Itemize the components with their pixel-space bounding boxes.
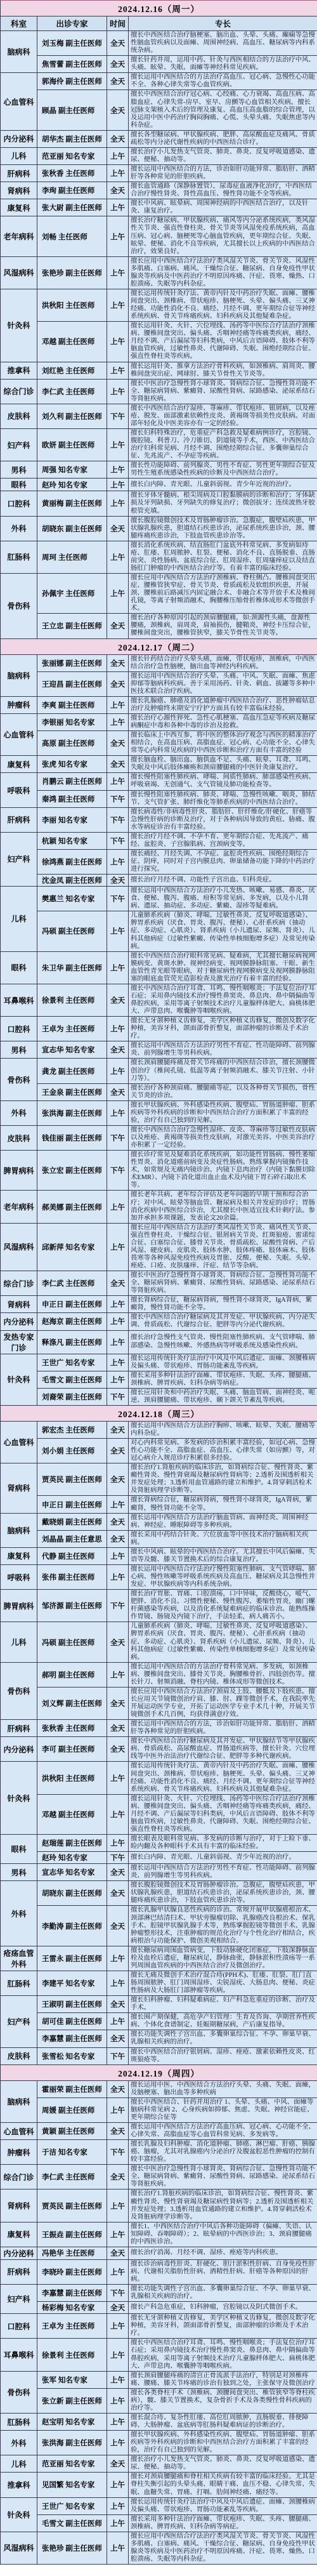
specialty-cell: 擅长消化系统疾病、结直肠肛门盆底外科常见病、多发病如痔疮、肛瘘、肛周脓肿、肛裂、… xyxy=(129,541,317,573)
doctor-cell: 张立宏 副主任医师 xyxy=(37,1151,107,1191)
column-header: 出诊专家 xyxy=(37,17,107,31)
dept-cell: 呼吸科 xyxy=(1,1564,37,1589)
table-row: 老年病科刘畅 主任医师上午擅长治疗糖尿病、甲状腺疾病、痛风等内分泌系统疾病，类风… xyxy=(1,216,317,256)
table-row: 申正日 副主任医师上午擅长肾病综合征，糖尿病肾病，慢性肾小球肾炎，IgA肾病，紫… xyxy=(1,1496,317,1513)
time-cell: 下午 xyxy=(107,2047,129,2064)
table-row: 李嘉慧 副主任医师全天擅长功能失调性子宫出血、多囊卵巢综合征、不孕、卵巢早衰、乳… xyxy=(1,2030,317,2047)
time-cell: 全天 xyxy=(107,182,129,199)
time-cell: 全天 xyxy=(107,2030,129,2047)
time-cell: 上午 xyxy=(107,1794,129,1834)
table-row: 眼科赵瑞莲 副主任医师上午擅长眼表及眼科常见病、多发病的诊断与治疗，对于上睑下垂… xyxy=(1,1835,317,1852)
dept-cell: 脑病科 xyxy=(1,31,37,73)
doctor-cell: 朱卫华 副主任医师 xyxy=(37,951,107,984)
doctor-cell: 王世广 知名专家 xyxy=(37,1354,107,1371)
doctor-cell: 郭宏杰 主任医师 xyxy=(37,1421,107,1438)
time-cell: 全天 xyxy=(107,1720,129,1737)
specialty-cell: 擅长运用传统针灸疗法、黄帝内针及中药治疗失眠、面瘫、腰椎间盘突出、颈椎病、带状疱… xyxy=(129,1762,317,1794)
dept-cell: 眼科 xyxy=(1,479,37,491)
table-row: 眼科赵玲 知名专家上午擅长白内障、青光眼、儿童斜弱视、青少年近视的治疗。 xyxy=(1,479,317,491)
table-row: 脑病科戴晓娟 副主任医师全天擅长运用中西医结合方法治疗脑血管病、面神经炎、周围神… xyxy=(1,1513,317,1530)
time-cell: 下午 xyxy=(107,790,129,807)
dept-cell: 妇产科 xyxy=(1,1996,37,2047)
column-header: 专长 xyxy=(129,17,317,31)
specialty-cell: 擅长老年共病、老年综合评估及老年问题的早期干预和综合治疗；对中风、眩晕等脑血管、… xyxy=(129,1191,317,1223)
specialty-cell: 擅长慢性阻塞性肺疾病、哮喘、间质性肺病、肺部感染性疾病、呼吸衰竭、无创通气、支气… xyxy=(129,773,317,790)
dept-cell: 发热专家门诊 xyxy=(1,1330,37,1354)
dept-cell: 肝病科 xyxy=(1,2259,37,2284)
table-row: 内分泌科冯艳华 主任医师全天擅长治疗消渴、月经不调、湿疹、痤疮等内科疾患。 xyxy=(1,2247,317,2259)
dept-cell: 老年病科 xyxy=(1,1191,37,1223)
doctor-cell: 邓越 副主任医师 xyxy=(37,1794,107,1834)
table-row: 发热专家门诊释涤凡 副主任医师上午擅长治疗急慢性支气管炎、慢性阻塞性肺疾病、支气… xyxy=(1,1330,317,1354)
time-cell: 上午 xyxy=(107,362,129,379)
table-row: 顾晶 副主任医师全天擅长中西医结合治疗冠心病、心绞痛、心力衰竭、高血压病、高脂血… xyxy=(1,90,317,130)
time-cell: 上午 xyxy=(107,1835,129,1852)
specialty-cell: 儿童肺系疾病（肺炎、哮喘、过敏性鼻炎、反复呼吸道感染）、脾胃系疾病（厌食、胃炎、… xyxy=(129,1622,317,1662)
dept-cell: 肝病科 xyxy=(1,1720,37,1737)
table-row: 康复科王振垚 副主任医师上午擅长1、中西医结合治疗中风后各种功能障碍（偏瘫、失语… xyxy=(1,2222,317,2247)
dept-cell: 心血管科 xyxy=(1,713,37,755)
table-row: 风湿病科张艳珍 副主任医师上午擅长应用中西医结合疗法治疗类风湿关节炎、骨关节炎、… xyxy=(1,256,317,289)
table-row: 皮肤科刘久利 副主任医师下午擅长中西医结合治疗湿疹、荨麻疹、带状疱疹、银屑病，以… xyxy=(1,404,317,428)
table-row: 骨伤科张军 知名专家上午擅长颈肩腰腿疼痛的清宫正骨流派手法治疗，特别是对颈椎疼痛… xyxy=(1,2371,317,2388)
specialty-cell: 擅长运用中医、中西医结合方法治疗头晕、头痛、失眠、面瘫，及脑梗塞、脑出血等多种疾… xyxy=(129,2080,317,2097)
time-cell: 全天 xyxy=(107,56,129,73)
doctor-cell: 王世广 知名专家 xyxy=(37,2497,107,2514)
time-cell: 上午 xyxy=(107,1330,129,1354)
table-row: 内分泌科赵海京 副主任医师上午擅长中西医结合治疗糖尿病及其并发症、甲状腺疾病、内… xyxy=(1,1313,317,1330)
table-row: 高原 副主任医师全天擅长临床上中西互参，将中医的整体治疗观念与西医的精准治疗相结… xyxy=(1,731,317,756)
time-cell: 全天 xyxy=(107,1041,129,1059)
time-cell: 全天 xyxy=(107,2302,129,2314)
time-cell: 上午 xyxy=(107,1296,129,1313)
doctor-cell: 洪秋阳 主任医师 xyxy=(37,1762,107,1794)
dept-cell: 呼吸科 xyxy=(1,773,37,807)
dept-cell: 脑病科 xyxy=(1,1513,37,1547)
table-row: 毛雪文 副主任医师上午擅长采用多种针法治疗面瘫、带状疱疹、失眠、头疼、腰腿痛、颈… xyxy=(1,2514,317,2532)
doctor-cell: 周珂 主任医师 xyxy=(37,541,107,573)
table-row: 骨伤科龚龙 副主任医师上午擅长颈肩腰腿疼痛及骨关节疼痛的中西医结合诊治，擅长颈腰… xyxy=(1,1059,317,1083)
table-row: 皮肤科钱佳丽 副主任医师下午擅长中西医结合治疗急慢性湿疹、皮炎、荨麻疹等过敏性皮… xyxy=(1,1125,317,1150)
specialty-cell: 擅长运用中西医结合方法治疗男性不育症、性功能障碍、前列腺炎、前列腺增生等男科疾病… xyxy=(129,1041,317,1059)
doctor-cell: 李可 副主任医师 xyxy=(37,1737,107,1762)
table-row: 妇产科王淑明 副主任医师全天擅长妇科肿瘤、妇科疑难病症、妇产科急危重症的诊断、治… xyxy=(1,1996,317,2013)
specialty-cell: 擅长运用针灸、推拿方法治疗骨科疾病，如颈椎病、肩周炎、腰椎间盘突出症、网球肘、膝… xyxy=(129,362,317,379)
time-cell: 上午 xyxy=(107,1971,129,1995)
specialty-cell: 擅长产科急危重症，妇科肿瘤，宫腔镜以及阴式微创手术。 xyxy=(129,2302,317,2314)
dept-cell: 综合门诊 xyxy=(1,379,37,404)
specialty-cell: 擅长诊治病毒性肝炎、肝硬化、胆汁淤积性肝病、自身免疫性肝病、代谢相关脂肪性肝病、… xyxy=(129,2259,317,2284)
table-row: 邓越 副主任医师上午擅长运用针灸、火针、穴位埋线、汤药等中医综合疗法治疗颈椎病、… xyxy=(1,322,317,362)
doctor-cell: 张大尉 副主任医师 xyxy=(37,199,107,216)
doctor-cell: 张立新 副主任医师 xyxy=(37,2388,107,2413)
dept-cell: 皮肤科 xyxy=(1,2047,37,2064)
dept-cell: 针灸科 xyxy=(1,1762,37,1835)
doctor-cell: 黄丽梅 副主任医师 xyxy=(37,491,107,516)
time-cell: 上午 xyxy=(107,429,129,461)
specialty-cell: 擅长诊疗常见及疑难消化系统疾病，如功能性胃肠病、慢性萎缩性胃炎、消化道癌前病变及… xyxy=(129,1151,317,1191)
specialty-cell: 擅长应用中西医结合疗法治疗类风湿关节炎、骨关节炎、风湿性多肌痛、白塞病、痛风、干… xyxy=(129,256,317,289)
table-row: 风湿病科邱新萍 知名专家上午擅长应用中西医结合方法治疗类风湿性关节炎、痛风性关节… xyxy=(1,1223,317,1271)
dept-cell: 综合门诊 xyxy=(1,1271,37,1296)
specialty-cell: 擅长颈肩腰腿疼痛及骨关节疼痛的中西医结合诊治，擅长颈腰微创治疗（椎间孔镜、低温等… xyxy=(129,1059,317,1083)
doctor-cell: 胡晓东 副主任医师 xyxy=(37,516,107,541)
time-cell: 上午 xyxy=(107,574,129,614)
doctor-cell: 刘晶晶 副主任意思 xyxy=(37,1530,107,1547)
doctor-cell: 霍丽荣 副主任医师 xyxy=(37,2080,107,2097)
dept-cell: 风湿病科 xyxy=(1,1223,37,1271)
table-row: 脾胃病科张立宏 副主任医师下午擅长诊疗常见及疑难消化系统疾病，如功能性胃肠病、慢… xyxy=(1,1151,317,1191)
specialty-cell: 擅长腹腔镜微创技术及胃肠肿瘤诊治。急腹症，腹壁疝疾患，甲状腺乳腺疾患，胆道结石疾… xyxy=(129,516,317,541)
dept-cell: 男科 xyxy=(1,1041,37,1059)
time-cell: 全天 xyxy=(107,654,129,671)
time-cell: 全天 xyxy=(107,756,129,773)
dept-cell: 内分泌科 xyxy=(1,130,37,147)
table-row: 儿科范亚丽 知名专家全天擅长治疗小儿发热支气管炎、肺炎、鼻炎、反复呼吸道感染、遗… xyxy=(1,2455,317,2473)
dept-cell: 内分泌科 xyxy=(1,2247,37,2259)
dept-cell: 外科 xyxy=(1,1881,37,1946)
doctor-cell: 宣志华 知名专家 xyxy=(37,1864,107,1881)
time-cell: 上午 xyxy=(107,1313,129,1330)
table-row: 针灸科洪秋阳 主任医师上午擅长运用传统针灸疗法、黄帝内针及中药治疗失眠、面瘫、腰… xyxy=(1,1762,317,1794)
table-row: 肛肠科周珂 主任医师上午擅长消化系统疾病、结直肠肛门盆底外科常见病、多发病如痔疮… xyxy=(1,541,317,573)
doctor-cell: 张伟 副主任医师 xyxy=(37,1564,107,1589)
dept-cell: 推拿科 xyxy=(1,2473,37,2497)
specialty-cell: 擅长针药结合治疗头晕头痛，面瘫，带状疱疹，颈椎病，中西医结合治疗急性脑梗，脑出血… xyxy=(129,654,317,671)
dept-cell: 肾病科 xyxy=(1,1296,37,1313)
time-cell: 上午 xyxy=(107,165,129,182)
doctor-cell: 范亚丽 知名专家 xyxy=(37,2455,107,2473)
specialty-cell: 擅长运用传统针灸疗法、黄帝内针及中药治疗失眠、面瘫、腰椎间盘突出、颈椎病、带状疱… xyxy=(129,289,317,321)
time-cell: 上午 xyxy=(107,379,129,404)
doctor-cell: 徐景利 主任医师 xyxy=(37,2339,107,2371)
specialty-cell: 擅长治疗月经不调、不孕不育、更年期综合症、先兆流产、痛经、盆腔炎、子宫腺肌病、宫… xyxy=(129,832,317,849)
specialty-cell: 擅长白内障、青光眼、儿童斜弱视、青少年近视的治疗。 xyxy=(129,1852,317,1864)
specialty-cell: 擅长中西医结合治疗耳聋、耳鸣、慢性咽喉炎；手法复位治疗耳石症；采用鼻内镜技术治疗… xyxy=(129,984,317,1016)
dept-cell: 内分泌科 xyxy=(1,1737,37,1762)
date-header-row: 2024.12.19（周四） xyxy=(1,2064,317,2080)
doctor-cell: 张秋香 主任医师 xyxy=(37,1720,107,1737)
doctor-cell: 刘裔荣 副主任医师 xyxy=(37,1388,107,1405)
specialty-cell: 擅长颈肩腰腿疼痛的清宫正骨流派手法治疗，特别是对颈椎疼痛、腰痛、膝关节疼痛的诊治… xyxy=(129,2371,317,2388)
specialty-cell: 擅长治疗各种原因引起的颈肩腰腿痛，如:颈源性头痛，盘源性腰痛，颈椎病，肩周炎，肩… xyxy=(129,614,317,638)
table-row: 风湿病科张艳珍 副主任医师上午擅长应用中西医结合疗法治疗类风湿关节炎、骨关节炎、… xyxy=(1,2532,317,2564)
doctor-cell: 赵宝明 知名专家 xyxy=(37,2413,107,2430)
doctor-cell: 焦雪蕾 副主任医师 xyxy=(37,56,107,73)
time-cell: 全天 xyxy=(107,1906,129,1946)
dept-cell: 疮疡血管外科 xyxy=(1,1946,37,1971)
specialty-cell: 擅长运用中西医结合的方法治疗骨科常见病、多发病，如颈椎病、腰椎间盘突出、膝骨关节… xyxy=(129,1662,317,1687)
time-cell: 全天 xyxy=(107,1530,129,1547)
time-cell: 全天 xyxy=(107,1881,129,1906)
dept-cell: 口腔科 xyxy=(1,2314,37,2339)
specialty-cell: 擅长无牙颌种植义齿修复，美学区种植义齿修复，微创及数字化种植，美容牙科，颌面部骨… xyxy=(129,2314,317,2339)
time-cell: 全天 xyxy=(107,1271,129,1296)
specialty-cell: 擅长性功能障碍、前列腺炎、男性不育症、男性更年期综合征及男性生殖系统感染性疾病的… xyxy=(129,461,317,479)
time-cell: 下午 xyxy=(107,887,129,911)
specialty-cell: 擅长痛经、月经失调、不孕症、盆腔炎性疾病、围绝经期综合征、阴痒，同时对子宫内膜息… xyxy=(129,849,317,874)
specialty-cell: 擅长白内障、青光眼、儿童斜弱视、青少年近视的治疗。 xyxy=(129,479,317,491)
table-row: 儿科冯硕 副主任医师全天儿童肺系疾病（肺炎、哮喘、过敏性鼻炎、反复呼吸道感染）、… xyxy=(1,1622,317,1662)
table-row: 脾胃病科邹济源 副主任医师下午擅长治疗胃胀、胃痛、口腔溃疡，口中异味，反酸烧心，… xyxy=(1,1590,317,1622)
time-cell: 上午 xyxy=(107,1762,129,1794)
doctor-cell: 王卓为 主任医师 xyxy=(37,2314,107,2339)
doctor-cell: 张洪海 副主任医师 xyxy=(37,1100,107,1125)
specialty-cell: 擅长糖尿病周围血管病变，下肢动脉硬化闭塞症，下肢深静脉血栓及血栓后遗症，糖尿病足… xyxy=(129,1946,317,1971)
time-cell: 全天 xyxy=(107,984,129,1016)
dept-cell: 外科 xyxy=(1,1100,37,1125)
dept-cell: 骨伤科 xyxy=(1,574,37,639)
table-row: 骨伤科孙佩宇 主任医师上午擅长应用中西医结合方法治疗颈椎病、脊柱侧凸、腰椎间盘突… xyxy=(1,574,317,614)
table-row: 外科张洪海 副主任医师上午擅长甲状腺疾病、外科感染性疾病、腹壁疝、胃肠道肿瘤、胆… xyxy=(1,2431,317,2455)
time-cell: 全天 xyxy=(107,1463,129,1496)
time-cell: 下午 xyxy=(107,1590,129,1622)
time-cell: 上午 xyxy=(107,2013,129,2030)
schedule-table: 2024.12.16（周一）科室出诊专家时间专长脑病科刘玉梅 副主任医师全天擅长… xyxy=(0,0,317,2565)
table-row: 杨彩梅 知名专家全天擅长产科急危重症，妇科肿瘤，宫腔镜以及阴式微创手术。 xyxy=(1,2302,317,2314)
specialty-cell: 擅长甲状腺疾病、外科感染性疾病、腹壁疝、胃肠道肿瘤、胆系疾病等外科疾病的诊断和中… xyxy=(129,1100,317,1125)
time-cell: 全天 xyxy=(107,2122,129,2139)
specialty-cell: 擅长肾病综合征，糖尿病肾病，慢性肾小球肾炎，IgA肾病，紫癜肾，慢性肾功能不全等… xyxy=(129,1496,317,1513)
specialty-cell: 擅长乳腺甲状腺良恶性疾病的诊治。常规开展甲状腺癌根治术、颈部淋巴结清扫术、甲状旁… xyxy=(129,1906,317,1946)
table-row: 外科胡晓东 副主任医师全天擅长腹腔镜微创技术及胃肠肿瘤诊治。急腹症，腹壁疝疾患，… xyxy=(1,1881,317,1906)
dept-cell: 肿瘤科 xyxy=(1,696,37,713)
doctor-cell: 李建平 知名专家 xyxy=(37,1971,107,1995)
specialty-cell: 擅长各型糖尿病、甲状腺疾病、肥胖、高尿酸血症及痛风、骨质疏松等内分泌代谢性疾病的… xyxy=(129,130,317,147)
doctor-cell: 赵瑞莲 副主任医师 xyxy=(37,1835,107,1852)
time-cell: 全天 xyxy=(107,1996,129,2013)
doctor-cell: 郭海伶 副主任医师 xyxy=(37,73,107,90)
doctor-cell: 杨彩梅 知名专家 xyxy=(37,2302,107,2314)
table-row: 赵玲 知名专家下午擅长白内障、青光眼、儿童斜弱视、青少年近视的治疗。 xyxy=(1,1852,317,1864)
column-header-row: 科室出诊专家时间专长 xyxy=(1,17,317,31)
specialty-cell: 擅长运用中西医结合方法治疗脑血管病、面神经炎、周围神经病、神经症、睡眠障碍等多种… xyxy=(129,1513,317,1530)
specialty-cell: 擅长治疗月经不调、功能性子宫出血、妇科炎症。 xyxy=(129,875,317,887)
time-cell: 全天 xyxy=(107,90,129,130)
doctor-cell: 沈金凤 副主任医师 xyxy=(37,875,107,887)
doctor-cell: 樊惠兰 知名专家 xyxy=(37,887,107,911)
table-row: 康复科张虎 知名专家全天擅长脑血栓、脑出血、脑供血不足、头痛、眩晕、耳聋、耳鸣、… xyxy=(1,756,317,773)
specialty-cell: 对心内科常见病、多发病的诊治积累丰富经验，如冠心病、急慢性心功能不全、高脂血症、… xyxy=(129,1439,317,1463)
time-cell: 上午 xyxy=(107,1946,129,1971)
table-row: 男科周强 知名专家上午擅长性功能障碍、前列腺炎、男性不育症、男性更年期综合征及男… xyxy=(1,461,317,479)
specialty-cell: 擅长1、中西医结合治疗中风后各种功能障碍（偏瘫、失语、认知障碍、吞咽障碍）；2、… xyxy=(129,2222,317,2247)
table-row: 口腔科黄丽梅 副主任医师上午擅长牙体牙髓病、根尖周病及口腔黏膜病的诊断和治疗；牙… xyxy=(1,491,317,516)
time-cell: 下午 xyxy=(107,1125,129,1150)
doctor-cell: 张军 知名专家 xyxy=(37,2371,107,2388)
table-row: 心血管科黄颖 副主任医师全天擅长运用中西医结合方法治疗高血压病、冠心病、心功能不… xyxy=(1,2122,317,2139)
doctor-cell: 见国繁 知名专家 xyxy=(37,2473,107,2497)
time-cell: 上午 xyxy=(107,2431,129,2455)
time-cell: 全天 xyxy=(107,2165,129,2190)
specialty-cell: 擅长中西医结合、针药并用治疗 1、头晕、头痛、中风、面瘫等脑病科常见病 2、心身… xyxy=(129,2097,317,2122)
doctor-cell: 孙佩宇 主任医师 xyxy=(37,574,107,614)
doctor-cell: 郝明 副主任医师 xyxy=(37,1662,107,1687)
time-cell: 上午 xyxy=(107,1371,129,1388)
time-cell: 上午 xyxy=(107,1223,129,1271)
dept-cell: 外科 xyxy=(1,516,37,541)
time-cell: 下午 xyxy=(107,1151,129,1191)
table-row: 针灸科王世广 知名专家上午擅长运用传统针灸疗法治疗中风及中风后遗症、面瘫、颈腰椎… xyxy=(1,2497,317,2514)
dept-cell: 肾病科 xyxy=(1,182,37,199)
doctor-cell: 李爽 副主任医师 xyxy=(37,696,107,713)
table-row: 老年病科郝美娜 副主任医师上午擅长老年共病、老年综合评估及老年问题的早期干预和综… xyxy=(1,1191,317,1223)
specialty-cell: 擅长中西医结合治疗冠心病、心绞痛、心力衰竭、高血压病、高脂血症、心律失常-房早、… xyxy=(129,90,317,130)
dept-cell: 推拿科 xyxy=(1,362,37,379)
doctor-cell: 秦鸿 副主任医师 xyxy=(37,790,107,807)
dept-cell: 眼科 xyxy=(1,951,37,984)
doctor-cell: 胡华杰 副主任医师 xyxy=(37,130,107,147)
doctor-cell: 欧妍 副主任医师 xyxy=(37,429,107,461)
dept-cell: 针灸科 xyxy=(1,1354,37,1405)
time-cell: 上午 xyxy=(107,2388,129,2413)
time-cell: 上午 xyxy=(107,2259,129,2284)
time-cell: 上午 xyxy=(107,289,129,321)
table-row: 呼吸科张伟 副主任医师上午擅长运用中西医结合疗法治疗慢性阻塞性肺病、支气管哮喘、… xyxy=(1,1564,317,1589)
table-row: 毛雪文 副主任医师上午擅长采用多种针法治疗面瘫、带状疱疹、失眠、头疼、腰腿痛、颈… xyxy=(1,1371,317,1388)
dept-cell: 肾病科 xyxy=(1,1463,37,1513)
date-header-row: 2024.12.17（周二） xyxy=(1,638,317,654)
time-cell: 下午 xyxy=(107,2285,129,2302)
time-cell: 上午 xyxy=(107,2473,129,2497)
table-row: 沈金凤 副主任医师全天擅长治疗月经不调、功能性子宫出血、妇科炎症。 xyxy=(1,875,317,887)
dept-cell: 口腔科 xyxy=(1,1017,37,1041)
doctor-cell: 王迎昌 副主任医师 xyxy=(37,671,107,696)
table-row: 张立新 副主任医师上午擅长各类脊柱手术（颈椎病、颈腰间盘突出、椎管狭窄等脊柱疾病… xyxy=(1,2388,317,2413)
dept-cell: 妇产科 xyxy=(1,429,37,461)
table-row: 妇产科杭颖 知名专家下午擅长治疗月经不调、不孕不育、更年期综合症、先兆流产、痛经… xyxy=(1,832,317,849)
date-header-row: 2024.12.18（周三） xyxy=(1,1405,317,1421)
time-cell: 上午 xyxy=(107,1354,129,1371)
table-row: 心血管科郭宏杰 主任医师全天擅长运用中西医结合方法治疗胸痹、咳嗽、眩晕、失眠、腰… xyxy=(1,1421,317,1438)
time-cell: 上午 xyxy=(107,2339,129,2371)
time-cell: 下午 xyxy=(107,1852,129,1864)
doctor-cell: 高原 副主任医师 xyxy=(37,731,107,756)
specialty-cell: 擅长牙体牙髓病、根尖周病及口腔黏膜病的诊断和治疗；牙体缺损及牙列缺损、牙列缺失的… xyxy=(129,491,317,516)
specialty-cell: 擅长运用中西医结合的方法治疗高血压、冠心病、急慢性心功能不全、各种心律失常等心血… xyxy=(129,73,317,90)
time-cell: 全天 xyxy=(107,731,129,756)
specialty-cell: 擅长采用多种针法治疗面瘫、带状疱疹、失眠、头疼、腰腿痛、颈椎病、脾胃疾病、妇科杂… xyxy=(129,2514,317,2532)
table-row: 眼科朱卫华 副主任医师上午擅长中西医结合治疗眼科常见病、疑难病，尤其擅长糖尿病视… xyxy=(1,951,317,984)
table-row: 脑病科霍丽荣 副主任医师全天擅长运用中医、中西医结合方法治疗头晕、头痛、失眠、面… xyxy=(1,2080,317,2097)
doctor-cell: 肖鹏云 副主任医师 xyxy=(37,773,107,790)
table-row: 肛肠科李建平 知名专家上午擅长无痛及微创手术治疗混合痔(PPH术)、肛瘘、肛裂、… xyxy=(1,1971,317,1995)
doctor-cell: 毛雪文 副主任医师 xyxy=(37,1371,107,1388)
time-cell: 上午 xyxy=(107,849,129,874)
dept-cell: 骨伤科 xyxy=(1,1662,37,1719)
table-row: 肾病科贾英民 副主任医师上午擅长治疗1.肾脏疾病的临床诊治，如肾病综合征、慢性肾… xyxy=(1,2190,317,2222)
doctor-cell: 王振垚 副主任医师 xyxy=(37,2222,107,2247)
column-header: 时间 xyxy=(107,17,129,31)
table-row: 综合门诊李仁武 主任医师全天擅长中医治疗急慢性肾小球肾炎、肾病综合征、急慢性肾功… xyxy=(1,1271,317,1296)
doctor-cell: 范亚丽 知名专家 xyxy=(37,147,107,164)
specialty-cell: 擅长功能失调性子宫出血、多囊卵巢综合征、不孕、卵巢早衰、乳腺相关疾病的治疗。 xyxy=(129,2285,317,2302)
table-row: 心血管科郭海伶 副主任医师全天擅长运用中西医结合的方法治疗高血压、冠心病、急慢性… xyxy=(1,73,317,90)
time-cell: 上午 xyxy=(107,1059,129,1083)
doctor-cell: 洪秋阳 主任医师 xyxy=(37,289,107,321)
table-row: 徐鸿燕 副主任医师上午擅长痛经、月经失调、不孕症、盆腔炎性疾病、围绝经期综合征、… xyxy=(1,849,317,874)
doctor-cell: 刘小娟 主任医师 xyxy=(37,1439,107,1463)
schedule-body: 2024.12.16（周一）科室出诊专家时间专长脑病科刘玉梅 副主任医师全天擅长… xyxy=(1,1,317,2565)
doctor-cell: 王雷永 副主任医师 xyxy=(37,1946,107,1971)
table-row: 疮疡血管外科王雷永 副主任医师上午擅长糖尿病周围血管病变，下肢动脉硬化闭塞症，下… xyxy=(1,1946,317,1971)
time-cell: 全天 xyxy=(107,130,129,147)
time-cell: 上午 xyxy=(107,216,129,256)
specialty-cell: 擅长运用中西医结合疗法治疗慢性阻塞性肺病、支气管哮喘、肺心病、慢性咳嗽等呼吸系统… xyxy=(129,1564,317,1589)
doctor-cell: 张秋香 主任医师 xyxy=(37,165,107,182)
specialty-cell: 擅长运用中西医结合方法治疗男性不育症、性功能障碍、前列腺炎、前列腺增生等男科疾病… xyxy=(129,1864,317,1881)
time-cell: 上午 xyxy=(107,147,129,164)
table-row: 刘晶晶 副主任意思全天擅长采用中药结合针灸、穴位放血等中医技术治疗脑病相关疾病。 xyxy=(1,1530,317,1547)
specialty-cell: 擅长运用传统针灸疗法治疗中风及中风后遗症、面瘫、颈腰椎病及偏头痛、带状疱疹、胃肠… xyxy=(129,1354,317,1371)
table-row: 肝病科张秋香 主任医师全天擅长运用中西医结合的方法，诊治如肝功能异常、脂肪肝、酒… xyxy=(1,1720,317,1737)
time-cell: 上午 xyxy=(107,1564,129,1589)
dept-cell: 肾病科 xyxy=(1,2190,37,2222)
doctor-cell: 李仁武 主任医师 xyxy=(37,2165,107,2190)
time-cell: 全天 xyxy=(107,516,129,541)
specialty-cell: 擅长中医治疗急慢性肾小球肾炎、肾病综合征、急慢性肾功能不全、糖尿病肾病、紫癜肾、… xyxy=(129,2165,317,2190)
doctor-cell: 张雪松 知名专家 xyxy=(37,2047,107,2064)
time-cell: 全天 xyxy=(107,31,129,56)
dept-cell: 儿科 xyxy=(1,2455,37,2473)
doctor-cell: 张虎 知名专家 xyxy=(37,756,107,773)
specialty-cell: 擅长腹腔镜微创技术及胃肠肿瘤诊治。急腹症，腹壁疝疾患，甲状腺乳腺疾患，胆道结石疾… xyxy=(129,1881,317,1906)
dept-cell: 耳鼻喉科 xyxy=(1,984,37,1016)
table-row: 针灸科洪秋阳 主任医师上午擅长运用传统针灸疗法、黄帝内针及中药治疗失眠、面瘫、腰… xyxy=(1,289,317,321)
specialty-cell: 擅长运用中西医结合方法治疗小儿发热、咳嗽、易感、鼻炎、厌食、便秘、腹泻、腹痛、疳… xyxy=(129,887,317,911)
table-row: 骨伤科郝明 副主任医师上午擅长运用中西医结合的方法治疗骨科常见病、多发病，如颈椎… xyxy=(1,1662,317,1687)
table-row: 秦鸿 副主任医师下午擅长慢性阻塞性肺疾病、肺炎、哮喘、急慢性咳嗽、咽炎、肺结节、… xyxy=(1,790,317,807)
dept-cell: 肛肠科 xyxy=(1,541,37,573)
specialty-cell: 擅长针药并用，运用中药、针灸与西医相结合的方法治疗中风、头痛、眩晕、失眠、面瘫等… xyxy=(129,56,317,73)
table-row: 冯硕 副主任医师上午儿童肺系疾病（肺炎、哮喘、过敏性鼻炎、反复呼吸道感染）、脾胃… xyxy=(1,911,317,951)
specialty-cell: 擅长治疗1.肾脏疾病的临床诊治，如肾病综合征、慢性肾炎、紫癜性肾炎、慢性肾衰竭及… xyxy=(129,1463,317,1496)
time-cell: 上午 xyxy=(107,1547,129,1564)
specialty-cell: 擅长应用中西医结合方法治疗颈椎病、脊柱侧凸、腰椎间盘突出症、腰椎管狭窄症、骨关节… xyxy=(129,574,317,614)
date-header-row: 2024.12.16（周一） xyxy=(1,1,317,17)
dept-cell: 风湿病科 xyxy=(1,2532,37,2564)
time-cell: 全天 xyxy=(107,671,129,696)
specialty-cell: 擅长治疗1.肾脏疾病的临床诊治，如肾病综合征、慢性肾炎、紫癜性肾炎、慢性肾衰竭及… xyxy=(129,2190,317,2222)
doctor-cell: 钱佳丽 副主任医师 xyxy=(37,1125,107,1150)
specialty-cell: 擅长治疗小儿发热支气管炎、肺炎、鼻炎、反复呼吸道感染、遗尿、便秘、抽动等。 xyxy=(129,147,317,164)
time-cell: 全天 xyxy=(107,1421,129,1438)
time-cell: 上午 xyxy=(107,2413,129,2430)
dept-cell: 风湿病科 xyxy=(1,256,37,289)
time-cell: 全天 xyxy=(107,2080,129,2097)
specialty-cell: 擅长中风病、眩晕病、周围神经病的中西医结合治疗，以及针灸、康复治疗。 xyxy=(129,199,317,216)
table-row: 儿科范亚丽 知名专家上午擅长治疗小儿发热支气管炎、肺炎、鼻炎、反复呼吸道感染、遗… xyxy=(1,147,317,164)
specialty-cell: 擅长中风病、眩晕的中西医结合治疗。尤其擅长中风后偏瘫、失语等及髋、膝关节置换术后… xyxy=(129,1547,317,1564)
specialty-cell: 擅长中西医结合治疗急慢性湿疹、皮炎、荨麻疹等过敏性皮肤病以及痤疮、黄褐斑等损美性… xyxy=(129,1125,317,1150)
specialty-cell: 擅长中医治疗急慢性肾小球肾炎、肾病综合征、急慢性肾功能不全、糖尿病肾病、紫癜肾、… xyxy=(129,379,317,404)
specialty-cell: 擅长围产期保健，高危孕产妇管理：生育及咨询、孕期营养性疾病、个体化食谱制定、妊娠… xyxy=(129,2013,317,2030)
table-row: 耳鼻喉科徐景利 主任医师全天擅长中西医结合治疗耳聋、耳鸣、慢性咽喉炎；手法复位治… xyxy=(1,984,317,1016)
specialty-cell: 擅长运用中西医结合的方法，诊治如肝功能异常、脂肪肝、酒精肝等各种常见的肝胆疾病。 xyxy=(129,165,317,182)
dept-cell: 肝病科 xyxy=(1,165,37,182)
dept-cell: 外科 xyxy=(1,2431,37,2455)
dept-cell: 康复科 xyxy=(1,1547,37,1564)
time-cell: 上午 xyxy=(107,2314,129,2339)
time-cell: 下午 xyxy=(107,807,129,832)
time-cell: 上午 xyxy=(107,2371,129,2388)
doctor-cell: 周强 知名专家 xyxy=(37,461,107,479)
table-row: 外科张洪海 副主任医师上午擅长甲状腺疾病、外科感染性疾病、腹壁疝、胃肠道肿瘤、胆… xyxy=(1,1100,317,1125)
doctor-cell: 李嘉慧 副主任医师 xyxy=(37,2030,107,2047)
time-cell: 下午 xyxy=(107,1388,129,1405)
dept-cell: 骨伤科 xyxy=(1,1059,37,1100)
doctor-cell: 龚龙 副主任医师 xyxy=(37,1059,107,1083)
